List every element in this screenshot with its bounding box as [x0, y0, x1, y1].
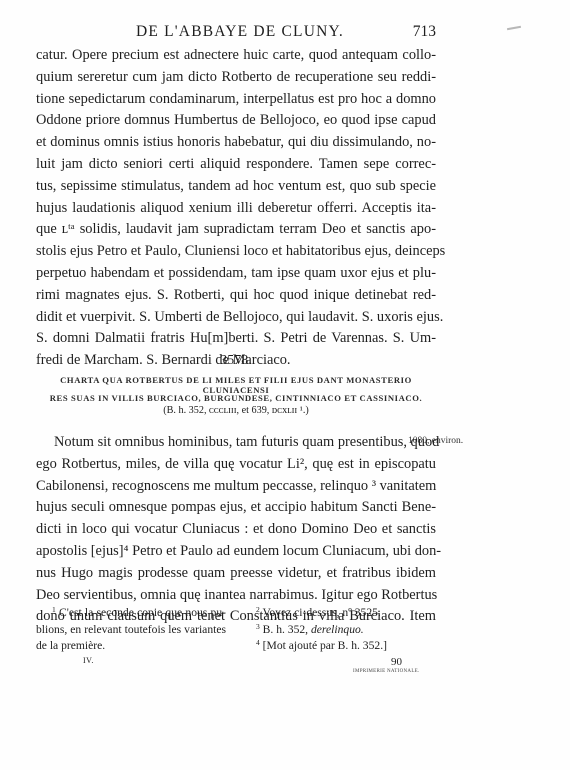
volume-signature: IV. — [83, 656, 94, 665]
footnote-1: 1 C'est la seconde copie que nous pu- bl… — [36, 605, 226, 655]
text-line: et dominus omnis istius honoris habebatu… — [36, 132, 436, 154]
text-line: luit jam dicto seniori certi aliquid res… — [36, 154, 436, 176]
scan-speck — [507, 26, 521, 30]
text-line: dicti in loco qui vocatur Cluniacus : et… — [36, 519, 436, 541]
footnote-italic-text: derelinquo. — [311, 623, 364, 636]
text-line: S. domni Dalmatii fratris Hu[m]berti. S.… — [36, 328, 436, 350]
text-line: ego Rotbertus, miles, de villa quę vocat… — [36, 454, 436, 476]
sheet-number: 90 — [391, 656, 402, 668]
text-line: perpetuo habendam et possidendam, tam ip… — [36, 263, 436, 285]
text-line: tus, sepissime stimulatus, tandem ad hoc… — [36, 176, 436, 198]
charter-title-line: CHARTA QUA ROTBERTUS DE LI MILES ET FILI… — [36, 375, 436, 395]
footnote-line: blions, en relevant toutefois les varian… — [36, 622, 226, 639]
footnote-4: 4 [Mot ajouté par B. h. 352.] — [256, 638, 456, 655]
text-line: Oddone priore domnus Humbertus de Belloj… — [36, 110, 436, 132]
text-line: tione sepedictarum condaminarum, interpe… — [36, 89, 436, 111]
text-line: Notum sit omnibus hominibus, tam futuris… — [36, 432, 436, 454]
text-line: stolis ejus Petro et Paulo, Cluniensi lo… — [36, 241, 436, 263]
footnotes-right: 2 Voyez ci-dessus, nº 3525. 3 B. h. 352,… — [256, 605, 456, 655]
footnote-text: [Mot ajouté par B. h. 352.] — [263, 639, 387, 652]
footnote-line: de la première. — [36, 638, 226, 655]
text-line: apostolis [ejus]⁴ Petro et Paulo ad eund… — [36, 541, 436, 563]
footnote-marker: 4 — [256, 638, 260, 647]
footnote-2: 2 Voyez ci-dessus, nº 3525. — [256, 605, 456, 622]
footnote-text: B. h. 352, — [263, 623, 311, 636]
charter-title-line: RES SUAS IN VILLIS BURCIACO, BURGUNDESE,… — [36, 393, 436, 403]
book-page: DE L'ABBAYE DE CLUNY. 713 catur. Opere p… — [0, 0, 570, 770]
text-line: hujus laudationis aliquod xenium illi de… — [36, 198, 436, 220]
printer-imprint: IMPRIMERIE NATIONALE. — [353, 669, 420, 674]
footnote-marker: 2 — [256, 605, 260, 614]
text-line: hujus seculi omnesque pompas ejus, et ac… — [36, 497, 436, 519]
text-line: Deo servientibus, omnia quę inantea narr… — [36, 585, 436, 607]
charter-number: 3578. — [0, 353, 472, 369]
text-line: catur. Opere precium est adnectere huic … — [36, 45, 436, 67]
footnote-text: C'est la seconde copie que nous pu- — [59, 606, 226, 619]
running-head: DE L'ABBAYE DE CLUNY. 713 — [36, 23, 436, 43]
charter-paragraph: Notum sit omnibus hominibus, tam futuris… — [36, 432, 436, 628]
charter-source: (B. h. 352, ᴄᴄᴄʟɪɪɪ, et 639, ᴅᴄxʟɪɪ ¹.) — [0, 405, 472, 416]
text-line: que ʟᵗᵃ solidis, laudavit jam supradicta… — [36, 219, 436, 241]
text-line: nus Hugo magis prodesse quam preesse vid… — [36, 563, 436, 585]
text-line: quium sereretur cum jam dicto Rotberto d… — [36, 67, 436, 89]
footnote-3: 3 B. h. 352, derelinquo. — [256, 622, 456, 639]
page-number: 713 — [413, 23, 436, 41]
footnote-line: 1 C'est la seconde copie que nous pu- — [36, 605, 226, 622]
text-line: didit et vuerpivit. S. Umberti de Belloj… — [36, 307, 436, 329]
footnote-text: Voyez ci-dessus, nº 3525. — [262, 606, 380, 619]
text-line: rimi magnates ejus. S. Rotberti, qui hoc… — [36, 285, 436, 307]
text-line: Cabilonensi, recognoscens me multum pecc… — [36, 476, 436, 498]
footnote-marker: 1 — [52, 605, 56, 614]
running-title: DE L'ABBAYE DE CLUNY. — [136, 23, 344, 41]
footnote-marker: 3 — [256, 622, 260, 631]
continuation-paragraph: catur. Opere precium est adnectere huic … — [36, 45, 436, 372]
